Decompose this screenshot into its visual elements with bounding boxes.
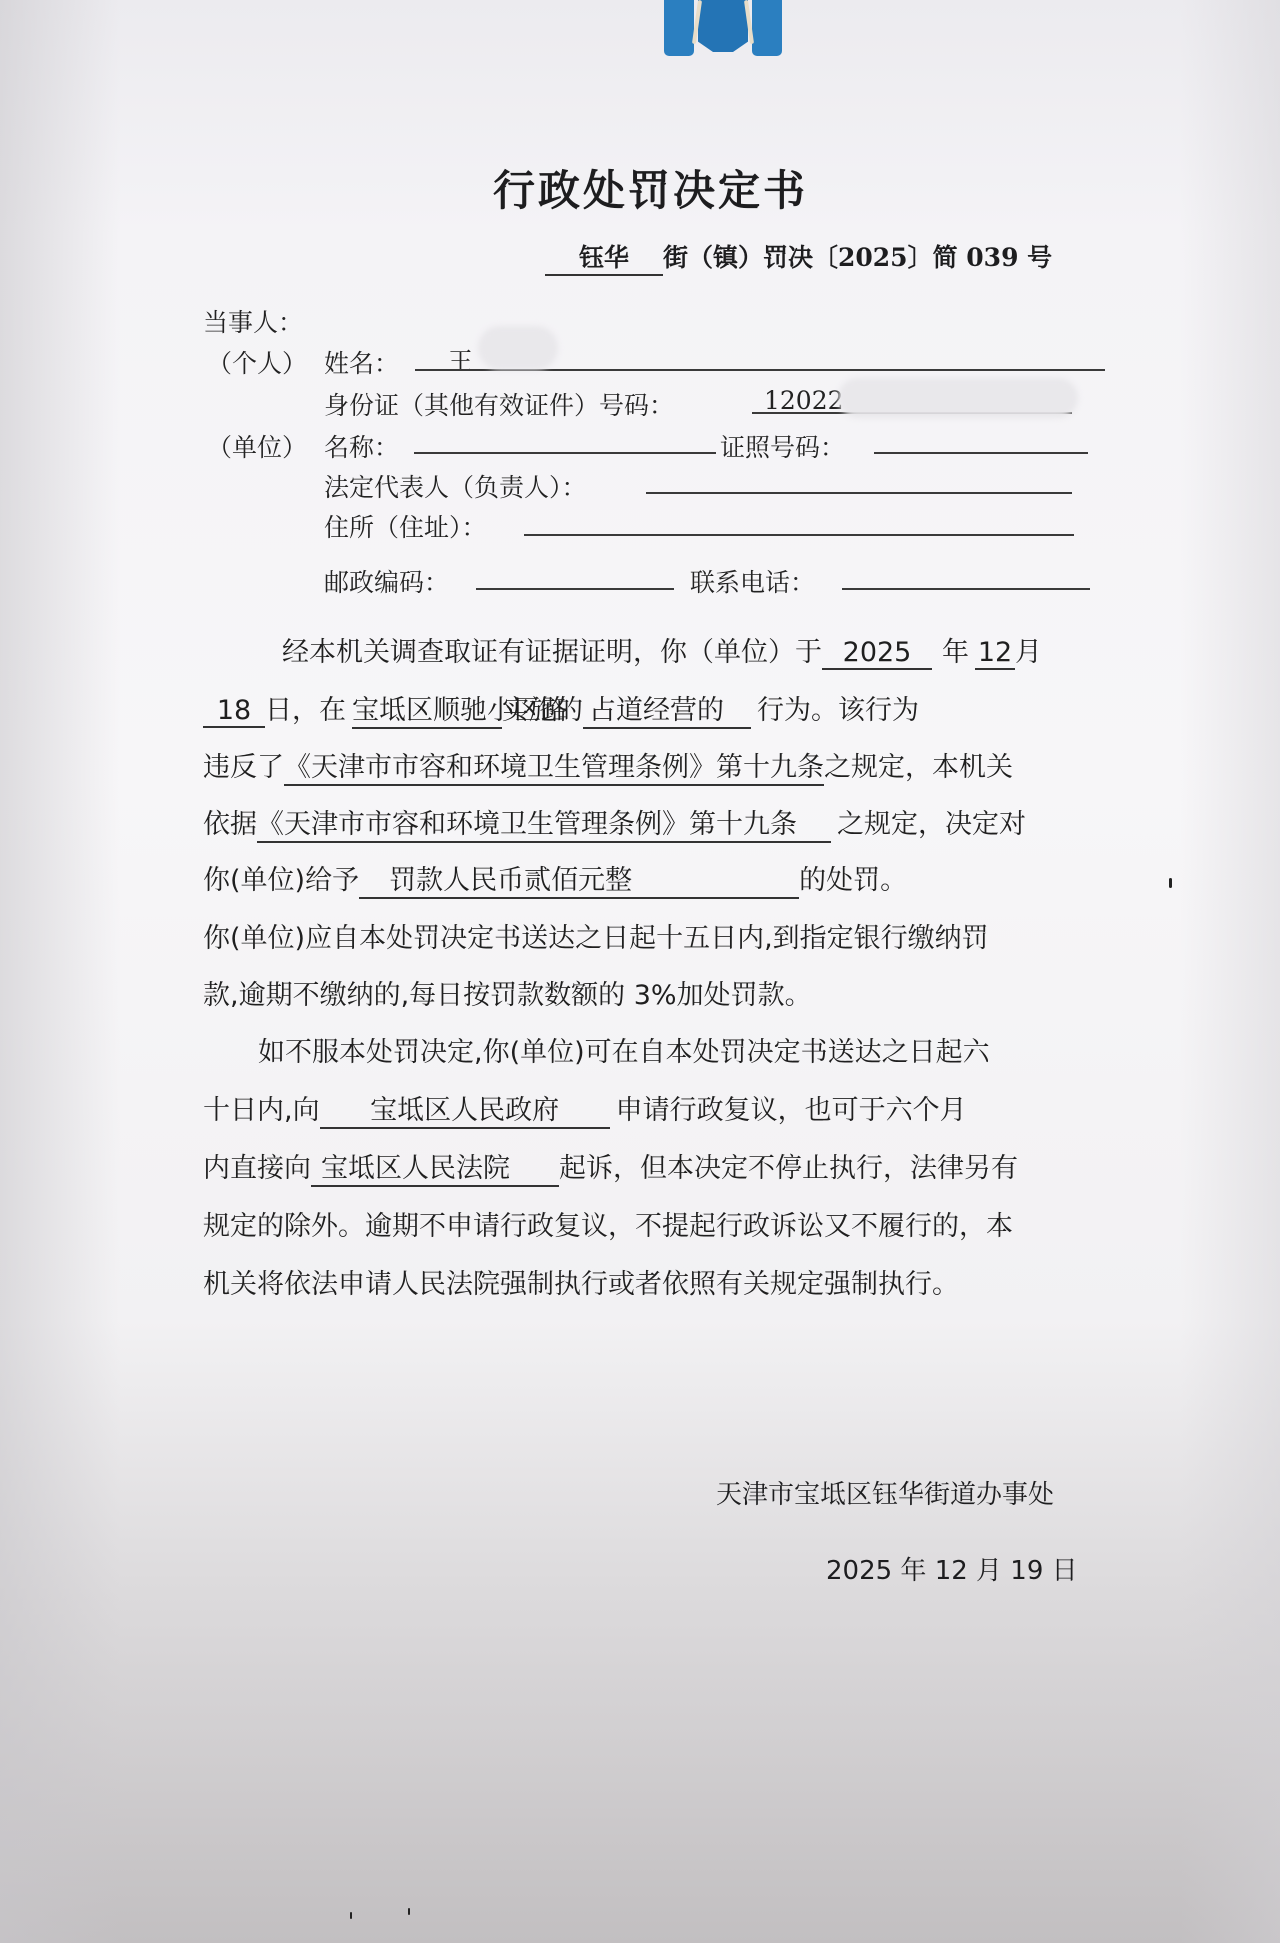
- doc-number-street: 钰华: [545, 238, 663, 276]
- paper-speck: [1169, 878, 1172, 888]
- unit-tag: （单位）: [207, 428, 307, 464]
- id-label: 身份证（其他有效证件）号码：: [324, 386, 674, 422]
- issue-date: 2025 年 12 月 19 日: [826, 1550, 1078, 1587]
- violation-location: 宝坻区顺驰小区路: [352, 688, 502, 729]
- party-heading: 当事人：: [203, 303, 303, 339]
- doc-number-suffix: 街（镇）罚决〔2025〕简 039 号: [663, 243, 1052, 272]
- license-field-line: [874, 452, 1088, 454]
- issuer-name: 天津市宝坻区钰华街道办事处: [716, 1474, 1054, 1511]
- document-title: 行政处罚决定书: [493, 158, 808, 218]
- paper-speck: [408, 1908, 410, 1915]
- review-body: 宝坻区人民政府: [320, 1088, 610, 1129]
- para1-line4: 依据《天津市市容和环境卫生管理条例》第十九条之规定，决定对: [203, 802, 1026, 843]
- para3-line5: 机关将依法申请人民法院强制执行或者依照有关规定强制执行。: [203, 1262, 959, 1301]
- para3-line2: 十日内,向宝坻区人民政府申请行政复议，也可于六个月: [203, 1088, 967, 1129]
- name-label: 姓名：: [324, 344, 399, 380]
- para3-line4: 规定的除外。逾期不申请行政复议，不提起行政诉讼又不履行的，本: [203, 1204, 1013, 1243]
- phone-field-line: [842, 588, 1090, 590]
- para2-line1: 你(单位)应自本处罚决定书送达之日起十五日内,到指定银行缴纳罚: [203, 916, 989, 955]
- paper-shadow-right: [1180, 0, 1280, 1943]
- violation-month: 12: [975, 637, 1015, 670]
- unit-name-label: 名称：: [324, 428, 399, 464]
- id-value: 12022: [764, 386, 844, 415]
- violation-year: 2025: [822, 637, 932, 670]
- legal-rep-field-line: [646, 492, 1072, 494]
- violation-behavior: 占道经营的: [583, 688, 751, 729]
- unit-name-field-line: [414, 452, 716, 454]
- postcode-field-line: [476, 588, 674, 590]
- binder-clip-icon: [664, 0, 782, 58]
- address-label: 住所（住址）：: [324, 508, 487, 544]
- name-value: 王: [448, 342, 473, 378]
- legal-rep-label: 法定代表人（负责人）：: [324, 468, 587, 504]
- redaction-blur-id: [838, 378, 1078, 418]
- para2-line2: 款,逾期不缴纳的,每日按罚款数额的 3%加处罚款。: [203, 973, 812, 1012]
- basis-law: 《天津市市容和环境卫生管理条例》第十九条: [257, 802, 831, 843]
- para1-line2: 18日，在宝坻区顺驰小区路实施的占道经营的行为。该行为: [203, 688, 919, 729]
- para1-line3: 违反了《天津市市容和环境卫生管理条例》第十九条之规定，本机关: [203, 745, 1013, 786]
- license-label: 证照号码：: [720, 428, 845, 464]
- address-field-line: [524, 534, 1074, 536]
- document-number: 钰华街（镇）罚决〔2025〕简 039 号: [545, 238, 1052, 276]
- redaction-blur-name: [478, 326, 558, 370]
- violated-law: 《天津市市容和环境卫生管理条例》第十九条: [284, 745, 824, 786]
- para3-line3: 内直接向宝坻区人民法院起诉，但本决定不停止执行，法律另有: [203, 1146, 1018, 1187]
- para3-line1: 如不服本处罚决定,你(单位)可在自本处罚决定书送达之日起六: [258, 1030, 990, 1069]
- phone-label: 联系电话：: [690, 563, 815, 599]
- postcode-label: 邮政编码：: [324, 563, 449, 599]
- individual-tag: （个人）: [207, 344, 307, 380]
- para1-line1: 经本机关调查取证有证据证明，你（单位）于2025年12月: [282, 630, 1042, 670]
- court: 宝坻区人民法院: [311, 1146, 559, 1187]
- para1-line5: 你(单位)给予罚款人民币贰佰元整的处罚。: [203, 858, 907, 899]
- paper-shadow-left: [0, 0, 120, 1943]
- penalty-amount: 罚款人民币贰佰元整: [359, 858, 799, 899]
- paper-speck: [350, 1912, 352, 1919]
- violation-day: 18: [203, 695, 265, 728]
